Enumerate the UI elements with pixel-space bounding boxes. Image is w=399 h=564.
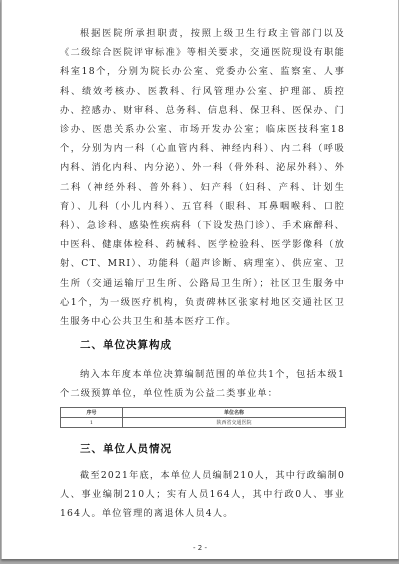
- heading-staff-status: 三、单位人员情况: [80, 441, 172, 456]
- cell-index: 1: [61, 418, 123, 428]
- paragraph-department-overview: 根据医院所承担职责，按照上级卫生行政主管部门以及《二级综合医院评审标准》等相关要…: [60, 24, 345, 331]
- document-page: 根据医院所承担职责，按照上级卫生行政主管部门以及《二级综合医院评审标准》等相关要…: [1, 0, 399, 559]
- column-header-unit-name: 单位名称: [123, 408, 346, 418]
- paragraph-staff-numbers: 截至2021年底，本单位人员编制210人，其中行政编制0人、事业编制210人；实…: [60, 466, 345, 524]
- paragraph-unit-scope: 纳入本年度本单位决算编制范围的单位共1个，包括本级1个二级预算单位，单位性质为公…: [60, 365, 345, 403]
- heading-unit-composition: 二、单位决算构成: [80, 337, 172, 352]
- table-row: 1 陕西省交通医院: [61, 418, 346, 428]
- unit-table: 序号 单位名称 1 陕西省交通医院: [60, 407, 346, 428]
- column-header-index: 序号: [61, 408, 123, 418]
- page-number: - 2 -: [2, 544, 398, 552]
- unit-table-header-row: 序号 单位名称: [61, 408, 346, 418]
- cell-unit-name: 陕西省交通医院: [123, 418, 346, 428]
